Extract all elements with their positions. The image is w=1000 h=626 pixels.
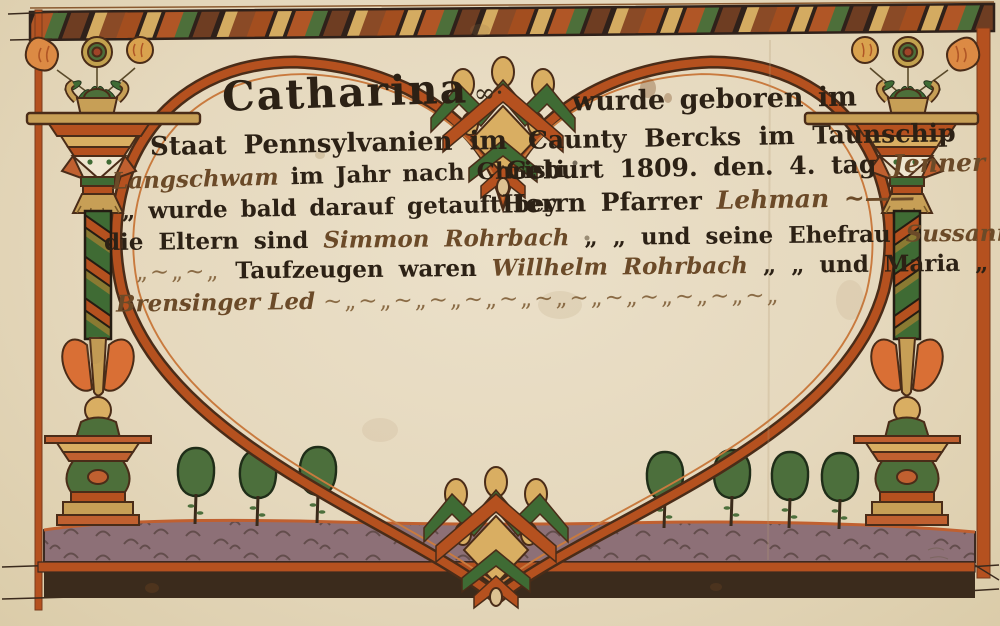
name-line: Catharina ∞· <box>221 63 504 121</box>
pastor-entry: Lehman ~—— <box>716 182 915 214</box>
striped-top-border <box>30 4 994 40</box>
tree <box>772 452 808 528</box>
tree <box>822 453 858 529</box>
witness1-entry: Willhelm Rohrbach <box>492 252 748 282</box>
flourish: ∞· <box>473 78 504 109</box>
fraktur-document: Catharina ∞· wurde geboren im Staat Penn… <box>0 0 1000 626</box>
birth-month-entry: Jenner <box>892 148 986 179</box>
left-border-line <box>35 10 42 610</box>
tree <box>178 448 214 524</box>
born-line: wurde geboren im <box>572 82 857 118</box>
town-entry: Langschwam <box>112 164 279 195</box>
witness2-entry: Brensinger Led <box>116 288 315 318</box>
lead-flourish: „~„~„ <box>136 259 221 286</box>
state-line: Staat Pennsylvanien im <box>150 126 507 162</box>
child-name: Catharina <box>221 64 469 121</box>
mother-entry: Sussanna — <box>906 219 1000 248</box>
father-entry: Simmon Rohrbach <box>323 224 569 254</box>
right-border-line <box>977 28 990 578</box>
